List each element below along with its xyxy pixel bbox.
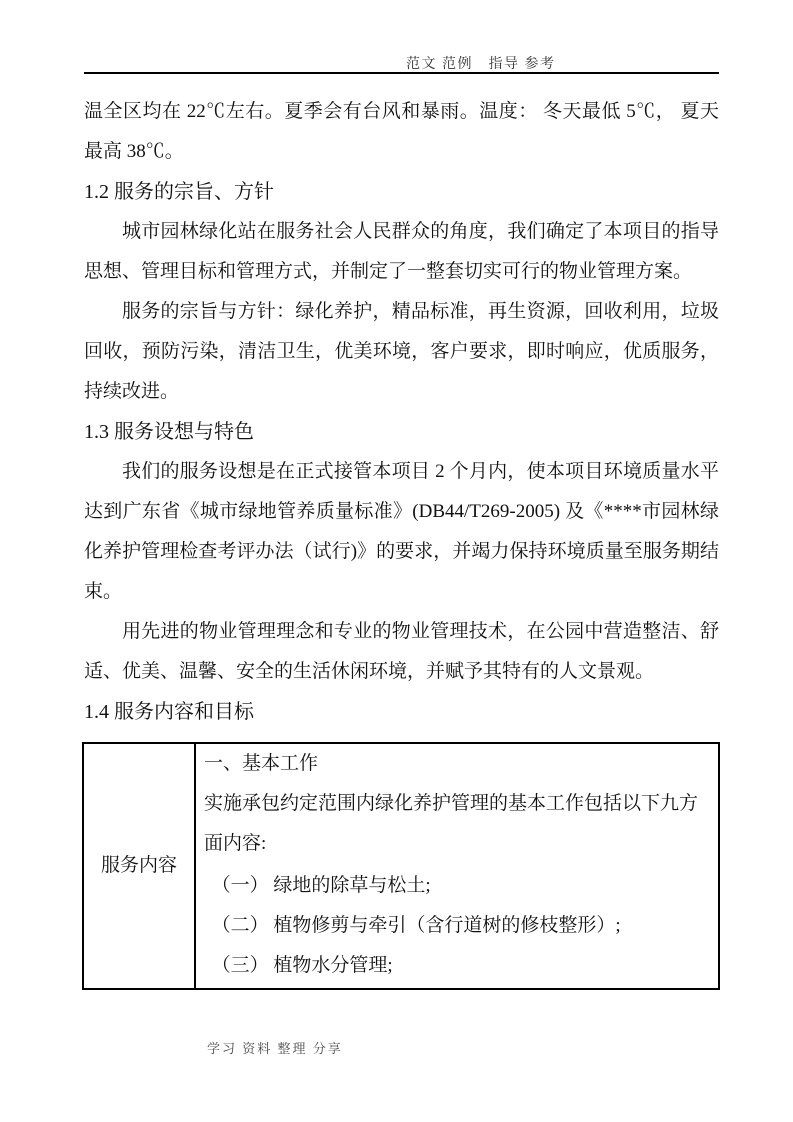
table-row-label-cell: 服务内容 — [83, 743, 195, 989]
table-section-heading: 一、基本工作 — [204, 744, 712, 784]
table-list-item: （一） 绿地的除草与松土; — [204, 866, 712, 906]
heading-1-4-service-content: 1.4 服务内容和目标 — [84, 692, 719, 732]
service-content-table: 服务内容 一、基本工作 实施承包约定范围内绿化养护管理的基本工作包括以下九方面内… — [82, 742, 720, 990]
paragraph-1-3-quality-standard: 我们的服务设想是在正式接管本项目 2 个月内，使本项目环境质量水平达到广东省《城… — [84, 452, 719, 612]
document-body: 温全区均在 22℃左右。夏季会有台风和暴雨。温度： 冬天最低 5℃， 夏天最高 … — [84, 92, 719, 990]
paragraph-1-3-management-concept: 用先进的物业管理理念和专业的物业管理技术，在公园中营造整洁、舒适、优美、温馨、安… — [84, 612, 719, 692]
heading-1-3-service-vision: 1.3 服务设想与特色 — [84, 412, 719, 452]
table-content-cell: 一、基本工作 实施承包约定范围内绿化养护管理的基本工作包括以下九方面内容: （一… — [195, 743, 719, 989]
table-row: 服务内容 一、基本工作 实施承包约定范围内绿化养护管理的基本工作包括以下九方面内… — [83, 743, 719, 989]
table-list-item: （三） 植物水分管理; — [204, 946, 712, 986]
paragraph-1-2-guiding-ideas: 城市园林绿化站在服务社会人民群众的角度，我们确定了本项目的指导思想、管理目标和管… — [84, 212, 719, 292]
table-intro-text: 实施承包约定范围内绿化养护管理的基本工作包括以下九方面内容: — [204, 784, 712, 864]
header-divider-rule — [84, 72, 719, 74]
table-list-item: （二） 植物修剪与牵引（含行道树的修枝整形）; — [204, 906, 712, 946]
heading-1-2-service-aims: 1.2 服务的宗旨、方针 — [84, 172, 719, 212]
page-footer-text: 学习 资料 整理 分享 — [207, 1038, 343, 1057]
paragraph-1-2-aims-policy: 服务的宗旨与方针：绿化养护，精品标准，再生资源，回收利用，垃圾回收，预防污染，清… — [84, 292, 719, 412]
document-page: 范文 范例 指导 参考 温全区均在 22℃左右。夏季会有台风和暴雨。温度： 冬天… — [0, 0, 793, 1122]
paragraph-climate-continuation: 温全区均在 22℃左右。夏季会有台风和暴雨。温度： 冬天最低 5℃， 夏天最高 … — [84, 92, 719, 172]
page-header-text: 范文 范例 指导 参考 — [406, 53, 556, 73]
